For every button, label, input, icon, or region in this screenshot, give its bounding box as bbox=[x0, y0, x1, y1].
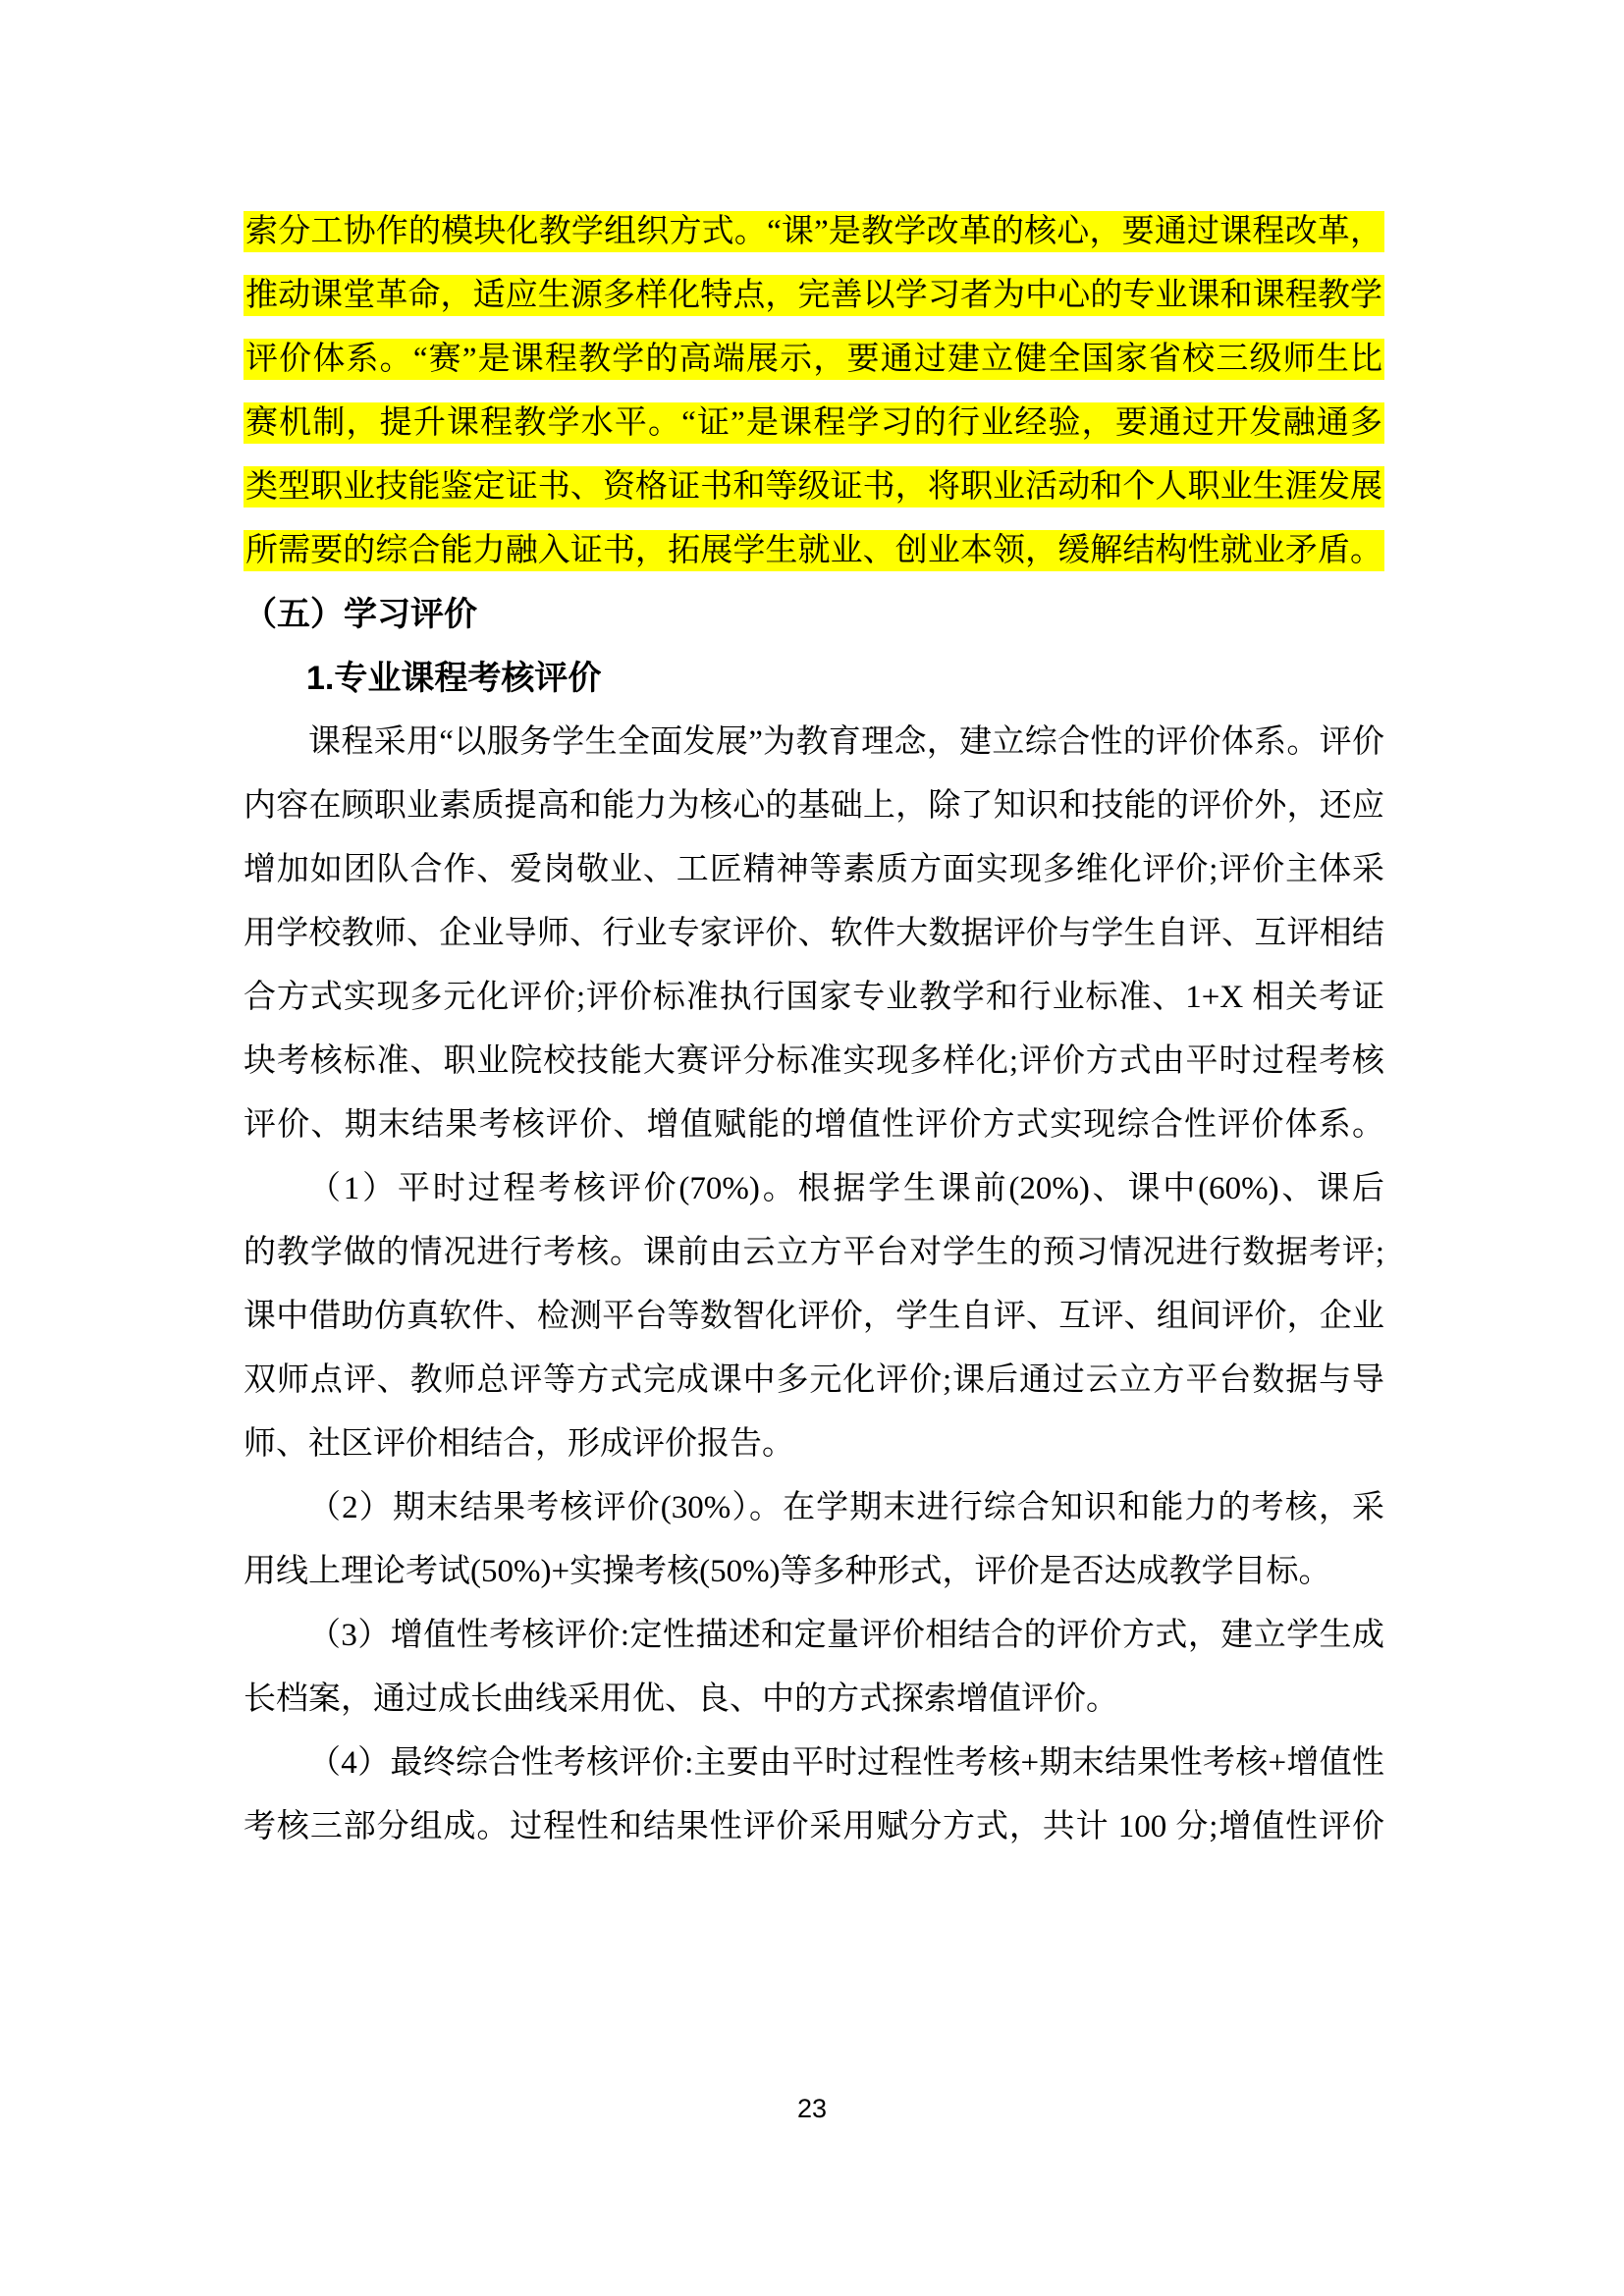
body-line: 双师点评、教师总评等方式完成课中多元化评价;课后通过云立方平台数据与导 bbox=[244, 1349, 1384, 1413]
highlight-text: 索分工协作的模块化教学组织方式。“课”是教学改革的核心，要通过课程改革， bbox=[244, 211, 1384, 252]
highlight-line: 类型职业技能鉴定证书、资格证书和等级证书，将职业活动和个人职业生涯发展 bbox=[244, 455, 1384, 519]
subsection-heading: 1.专业课程考核评价 bbox=[244, 647, 1384, 711]
highlight-line: 评价体系。“赛”是课程教学的高端展示，要通过建立健全国家省校三级师生比 bbox=[244, 328, 1384, 392]
body-line: 考核三部分组成。过程性和结果性评价采用赋分方式，共计 100 分;增值性评价 bbox=[244, 1795, 1384, 1859]
section-heading: （五）学习评价 bbox=[244, 583, 1384, 647]
text-content: 索分工协作的模块化教学组织方式。“课”是教学改革的核心，要通过课程改革， 推动课… bbox=[244, 200, 1384, 1859]
highlight-line: 索分工协作的模块化教学组织方式。“课”是教学改革的核心，要通过课程改革， bbox=[244, 200, 1384, 264]
highlight-text: 所需要的综合能力融入证书，拓展学生就业、创业本领，缓解结构性就业矛盾。 bbox=[244, 530, 1384, 571]
document-page: 索分工协作的模块化教学组织方式。“课”是教学改革的核心，要通过课程改革， 推动课… bbox=[0, 0, 1624, 2296]
body-line: 课中借助仿真软件、检测平台等数智化评价，学生自评、互评、组间评价，企业 bbox=[244, 1285, 1384, 1349]
body-line: （3）增值性考核评价:定性描述和定量评价相结合的评价方式，建立学生成 bbox=[244, 1604, 1384, 1668]
paragraph-final-exam: （2）期末结果考核评价(30%）。在学期末进行综合知识和能力的考核，采 用线上理… bbox=[244, 1476, 1384, 1604]
paragraph-value-added: （3）增值性考核评价:定性描述和定量评价相结合的评价方式，建立学生成 长档案，通… bbox=[244, 1604, 1384, 1732]
body-line: 长档案，通过成长曲线采用优、良、中的方式探索增值评价。 bbox=[244, 1668, 1384, 1732]
body-line: 增加如团队合作、爱岗敬业、工匠精神等素质方面实现多维化评价;评价主体采 bbox=[244, 838, 1384, 902]
body-line: 的教学做的情况进行考核。课前由云立方平台对学生的预习情况进行数据考评; bbox=[244, 1221, 1384, 1285]
highlighted-passage: 索分工协作的模块化教学组织方式。“课”是教学改革的核心，要通过课程改革， 推动课… bbox=[244, 200, 1384, 583]
paragraph-process-assessment: （1）平时过程考核评价(70%)。根据学生课前(20%)、课中(60%)、课后(… bbox=[244, 1157, 1384, 1476]
body-line: （1）平时过程考核评价(70%)。根据学生课前(20%)、课中(60%)、课后(… bbox=[244, 1157, 1384, 1221]
body-line: 块考核标准、职业院校技能大赛评分标准实现多样化;评价方式由平时过程考核 bbox=[244, 1030, 1384, 1094]
body-line: 评价、期末结果考核评价、增值赋能的增值性评价方式实现综合性评价体系。 bbox=[244, 1094, 1384, 1157]
body-line: 用学校教师、企业导师、行业专家评价、软件大数据评价与学生自评、互评相结 bbox=[244, 902, 1384, 966]
body-line: 师、社区评价相结合，形成评价报告。 bbox=[244, 1413, 1384, 1476]
highlight-text: 赛机制，提升课程教学水平。“证”是课程学习的行业经验，要通过开发融通多 bbox=[244, 402, 1384, 444]
paragraph-overview: 课程采用“以服务学生全面发展”为教育理念，建立综合性的评价体系。评价 内容在顾职… bbox=[244, 711, 1384, 1157]
highlight-line: 所需要的综合能力融入证书，拓展学生就业、创业本领，缓解结构性就业矛盾。 bbox=[244, 519, 1384, 583]
highlight-line: 推动课堂革命，适应生源多样化特点，完善以学习者为中心的专业课和课程教学 bbox=[244, 264, 1384, 328]
body-line: 内容在顾职业素质提高和能力为核心的基础上，除了知识和技能的评价外，还应 bbox=[244, 774, 1384, 838]
body-line: 合方式实现多元化评价;评价标准执行国家专业教学和行业标准、1+X 相关考证模 bbox=[244, 966, 1384, 1030]
body-line: （2）期末结果考核评价(30%）。在学期末进行综合知识和能力的考核，采 bbox=[244, 1476, 1384, 1540]
highlight-text: 推动课堂革命，适应生源多样化特点，完善以学习者为中心的专业课和课程教学 bbox=[244, 275, 1384, 316]
paragraph-comprehensive: （4）最终综合性考核评价:主要由平时过程性考核+期末结果性考核+增值性 考核三部… bbox=[244, 1732, 1384, 1859]
highlight-text: 评价体系。“赛”是课程教学的高端展示，要通过建立健全国家省校三级师生比 bbox=[244, 339, 1384, 380]
highlight-line: 赛机制，提升课程教学水平。“证”是课程学习的行业经验，要通过开发融通多 bbox=[244, 392, 1384, 455]
body-line: 用线上理论考试(50%)+实操考核(50%)等多种形式，评价是否达成教学目标。 bbox=[244, 1540, 1384, 1604]
body-line: 课程采用“以服务学生全面发展”为教育理念，建立综合性的评价体系。评价 bbox=[244, 711, 1384, 774]
body-line: （4）最终综合性考核评价:主要由平时过程性考核+期末结果性考核+增值性 bbox=[244, 1732, 1384, 1795]
highlight-text: 类型职业技能鉴定证书、资格证书和等级证书，将职业活动和个人职业生涯发展 bbox=[244, 466, 1384, 507]
page-number: 23 bbox=[0, 2089, 1624, 2128]
